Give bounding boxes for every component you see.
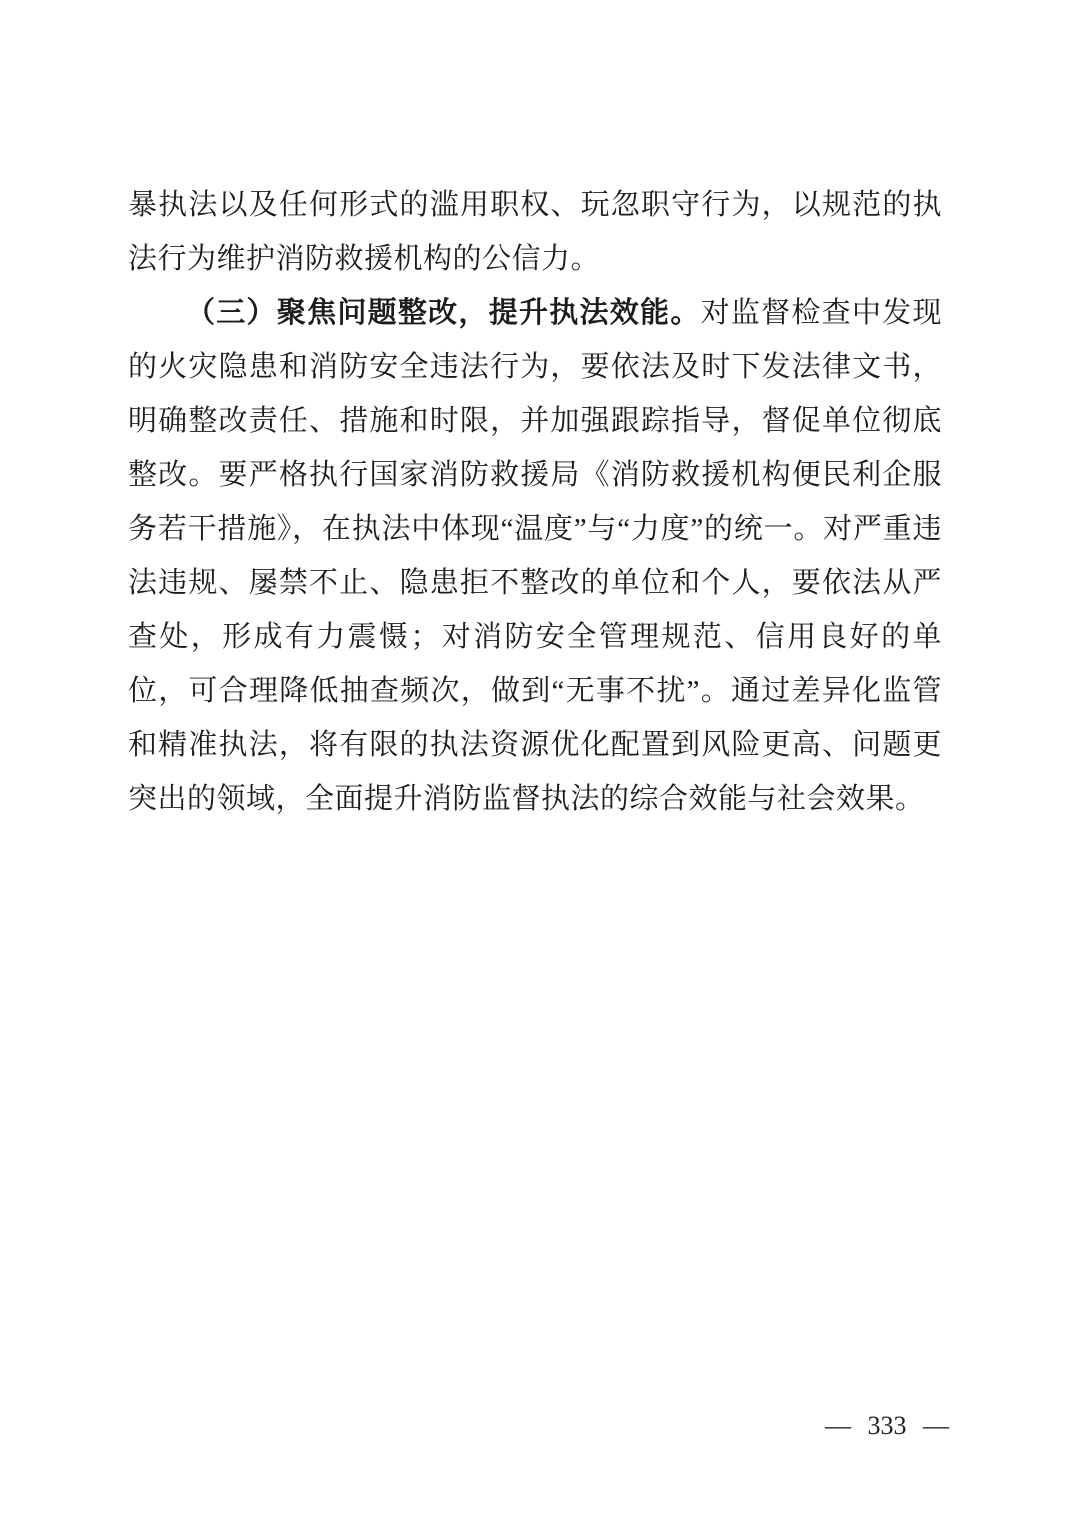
paragraph-continuation: 暴执法以及任何形式的滥用职权、玩忽职守行为，以规范的执法行为维护消防救援机构的公…: [128, 178, 942, 286]
document-body: 暴执法以及任何形式的滥用职权、玩忽职守行为，以规范的执法行为维护消防救援机构的公…: [128, 178, 942, 826]
page-number: — 333 —: [822, 1408, 952, 1444]
paragraph-section-three: （三）聚焦问题整改，提升执法效能。对监督检查中发现的火灾隐患和消防安全违法行为，…: [128, 286, 942, 826]
paragraph-text: 暴执法以及任何形式的滥用职权、玩忽职守行为，以规范的执法行为维护消防救援机构的公…: [128, 189, 942, 275]
paragraph-text: 对监督检查中发现的火灾隐患和消防安全违法行为，要依法及时下发法律文书，明确整改责…: [128, 297, 942, 815]
document-page: 暴执法以及任何形式的滥用职权、玩忽职守行为，以规范的执法行为维护消防救援机构的公…: [0, 0, 1074, 1520]
paragraph-lead: （三）聚焦问题整改，提升执法效能。: [186, 297, 701, 329]
